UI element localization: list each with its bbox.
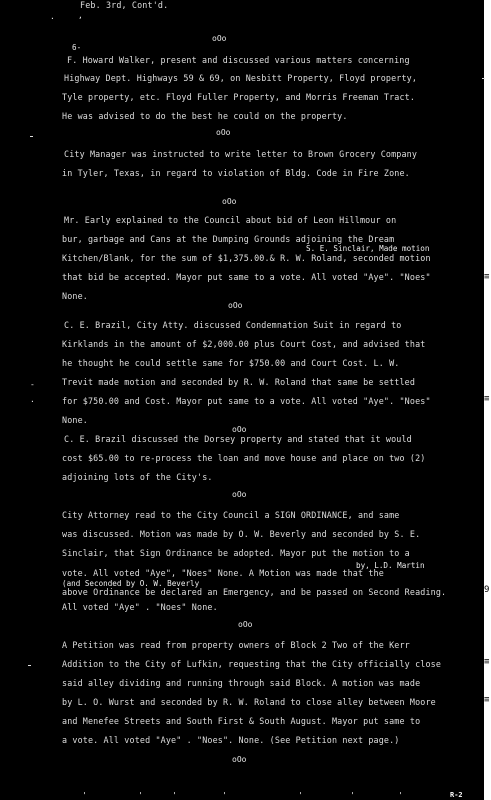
item-8-line-2: bur, garbage and Cans at the Dumping Gro…: [62, 234, 394, 244]
item-8-line-3: Kitchen/Blank, for the sum of $1,375.00.…: [62, 253, 431, 263]
item-8-line-4: that bid be accepted. Mayor put same to …: [62, 272, 431, 282]
item-8-line-1: Mr. Early explained to the Council about…: [64, 215, 396, 225]
item-8-line-5: None.: [62, 291, 88, 301]
item-10-line-3: adjoining lots of the City's.: [62, 472, 213, 482]
stray-mark: ': [298, 792, 303, 800]
item-9-line-1: C. E. Brazil, City Atty. discussed Conde…: [64, 320, 402, 330]
separator: oOo: [238, 620, 252, 630]
item-7-line-1: City Manager was instructed to write let…: [64, 149, 417, 159]
item-12-line-5: and Menefee Streets and South First & So…: [62, 716, 420, 726]
scanned-document-page: Feb. 3rd, Cont'd. . , oOo 6- F. Howard W…: [0, 0, 484, 800]
item-12-line-6: a vote. All voted "Aye" . "Noes". None. …: [62, 735, 400, 745]
item-10-line-1: C. E. Brazil discussed the Dorsey proper…: [64, 434, 412, 444]
item-10-line-2: cost $65.00 to re-process the loan and m…: [62, 453, 425, 463]
item-number: 6-: [72, 44, 81, 52]
separator: oOo: [222, 197, 236, 207]
separator: oOo: [232, 755, 246, 765]
stray-mark: ': [82, 792, 87, 800]
binding-hole-mark: ≡: [484, 696, 489, 705]
separator: oOo: [228, 301, 242, 311]
item-6-line-1: F. Howard Walker, present and discussed …: [67, 55, 410, 65]
separator: oOo: [216, 128, 230, 138]
item-11-line-4: vote. All voted "Aye", "Noes" None. A Mo…: [62, 568, 384, 578]
binding-hole-mark: ≡: [484, 273, 489, 282]
separator: oOo: [232, 490, 246, 500]
footer-stamp: R-2: [450, 792, 463, 799]
item-11-line-2: was discussed. Motion was made by O. W. …: [62, 529, 420, 539]
margin-tick: [482, 78, 485, 79]
item-11-line-3: Sinclair, that Sign Ordinance be adopted…: [62, 548, 410, 558]
stray-mark: ': [172, 792, 177, 800]
item-6-line-4: He was advised to do the best he could o…: [62, 111, 348, 121]
stray-mark: .: [50, 13, 55, 21]
margin-tick: [30, 136, 33, 137]
item-6-line-3: Tyle property, etc. Floyd Fuller Propert…: [62, 92, 415, 102]
item-11-line-5: above Ordinance be declared an Emergency…: [62, 587, 446, 597]
item-9-line-3: he thought he could settle same for $750…: [62, 358, 400, 368]
binding-hole-mark: ≡: [484, 395, 489, 404]
item-12-line-2: Addition to the City of Lufkin, requesti…: [62, 659, 441, 669]
stray-mark: ,: [78, 12, 83, 20]
stray-mark: -: [30, 381, 35, 389]
stray-mark: ': [398, 792, 403, 800]
item-9-line-4: Trevit made motion and seconded by R. W.…: [62, 377, 415, 387]
stray-mark: ': [350, 792, 355, 800]
stray-mark: ': [138, 792, 143, 800]
item-9-line-2: Kirklands in the amount of $2,000.00 plu…: [62, 339, 425, 349]
item-12-line-1: A Petition was read from property owners…: [62, 640, 410, 650]
page-header: Feb. 3rd, Cont'd.: [80, 0, 168, 10]
stray-mark: .: [30, 396, 35, 404]
item-9-line-6: None.: [62, 415, 88, 425]
item-11-line-1: City Attorney read to the City Council a…: [62, 510, 400, 520]
margin-tick: [28, 665, 31, 666]
item-7-line-2: in Tyler, Texas, in regard to violation …: [62, 168, 410, 178]
item-6-line-2: Highway Dept. Highways 59 & 69, on Nesbi…: [64, 73, 417, 83]
item-12-line-3: said alley dividing and running through …: [62, 678, 420, 688]
binding-hole-mark: 9: [484, 586, 489, 595]
binding-hole-mark: ≡: [484, 658, 489, 667]
separator: oOo: [212, 34, 226, 44]
item-11-line-6: All voted "Aye" . "Noes" None.: [62, 602, 218, 612]
item-9-line-5: for $750.00 and Cost. Mayor put same to …: [62, 396, 431, 406]
stray-mark: ': [222, 792, 227, 800]
item-12-line-4: by L. O. Wurst and seconded by R. W. Rol…: [62, 697, 436, 707]
item-8-interline-note: S. E. Sinclair, Made motion: [306, 245, 429, 253]
